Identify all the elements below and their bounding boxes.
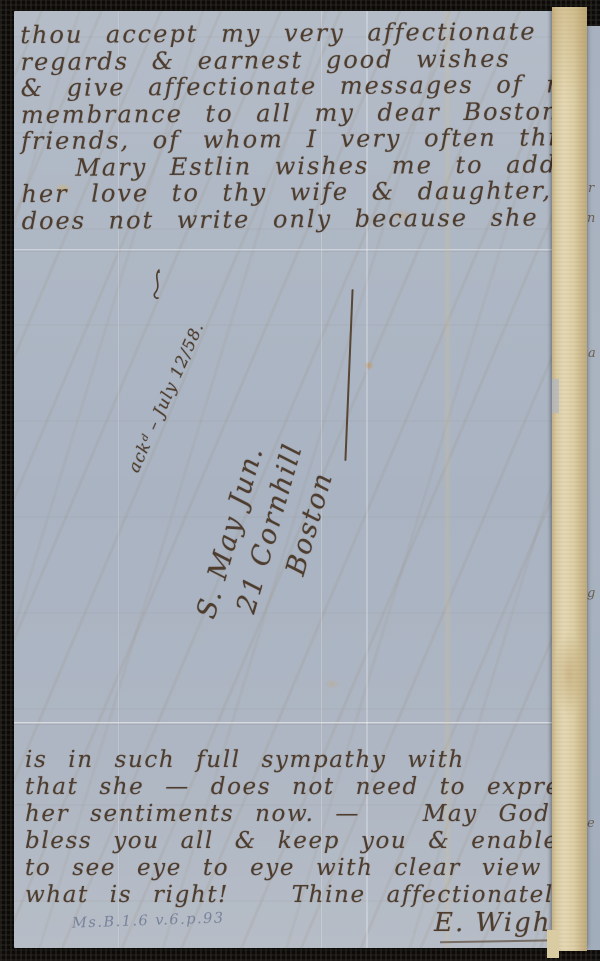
letter-page: thou accept my very affectionate regards…	[14, 11, 586, 948]
tape-discolored-top	[552, 7, 587, 102]
ink-flourish-mark	[150, 269, 164, 305]
adjacent-page-ink-fragments: r	[588, 181, 594, 196]
tape-strip	[552, 7, 587, 951]
adjacent-page-ink-fragments: e	[587, 816, 595, 831]
catalog-number: Ms.B.1.6 v.6.p.93	[72, 910, 225, 931]
stain-spot	[324, 679, 340, 689]
letter-line: what is right! Thine affectionately	[25, 882, 586, 909]
address-block: S. May Jun. 21 Cornhill Boston	[188, 324, 386, 645]
tape-stain	[554, 632, 584, 717]
tape-notch	[552, 379, 559, 413]
letter-line: does not write only because she	[22, 203, 586, 234]
adjacent-page-ink-fragments: n	[587, 211, 595, 226]
letter-bottom-paragraph: is in such full sympathy with that she —…	[25, 747, 586, 909]
letter-line: bless you all & keep you & enable y	[25, 828, 586, 855]
letter-line: that she — does not need to express	[25, 774, 586, 801]
fold-crease-horizontal-lower	[14, 722, 586, 725]
letter-line: to see eye to eye with clear view	[25, 855, 586, 882]
letter-line: her sentiments now. — May God	[25, 801, 586, 828]
fold-crease-horizontal-upper	[14, 249, 586, 252]
adjacent-page-ink-fragments: g	[587, 586, 595, 601]
letter-top-paragraph: thou accept my very affectionate regards…	[20, 18, 586, 234]
docket-date-note: ackᵈ – July 12/58.	[124, 274, 228, 475]
letter-line: is in such full sympathy with	[25, 747, 586, 774]
adjacent-page-ink-fragments: a	[588, 346, 596, 361]
tape-bottom-tab	[547, 930, 559, 958]
